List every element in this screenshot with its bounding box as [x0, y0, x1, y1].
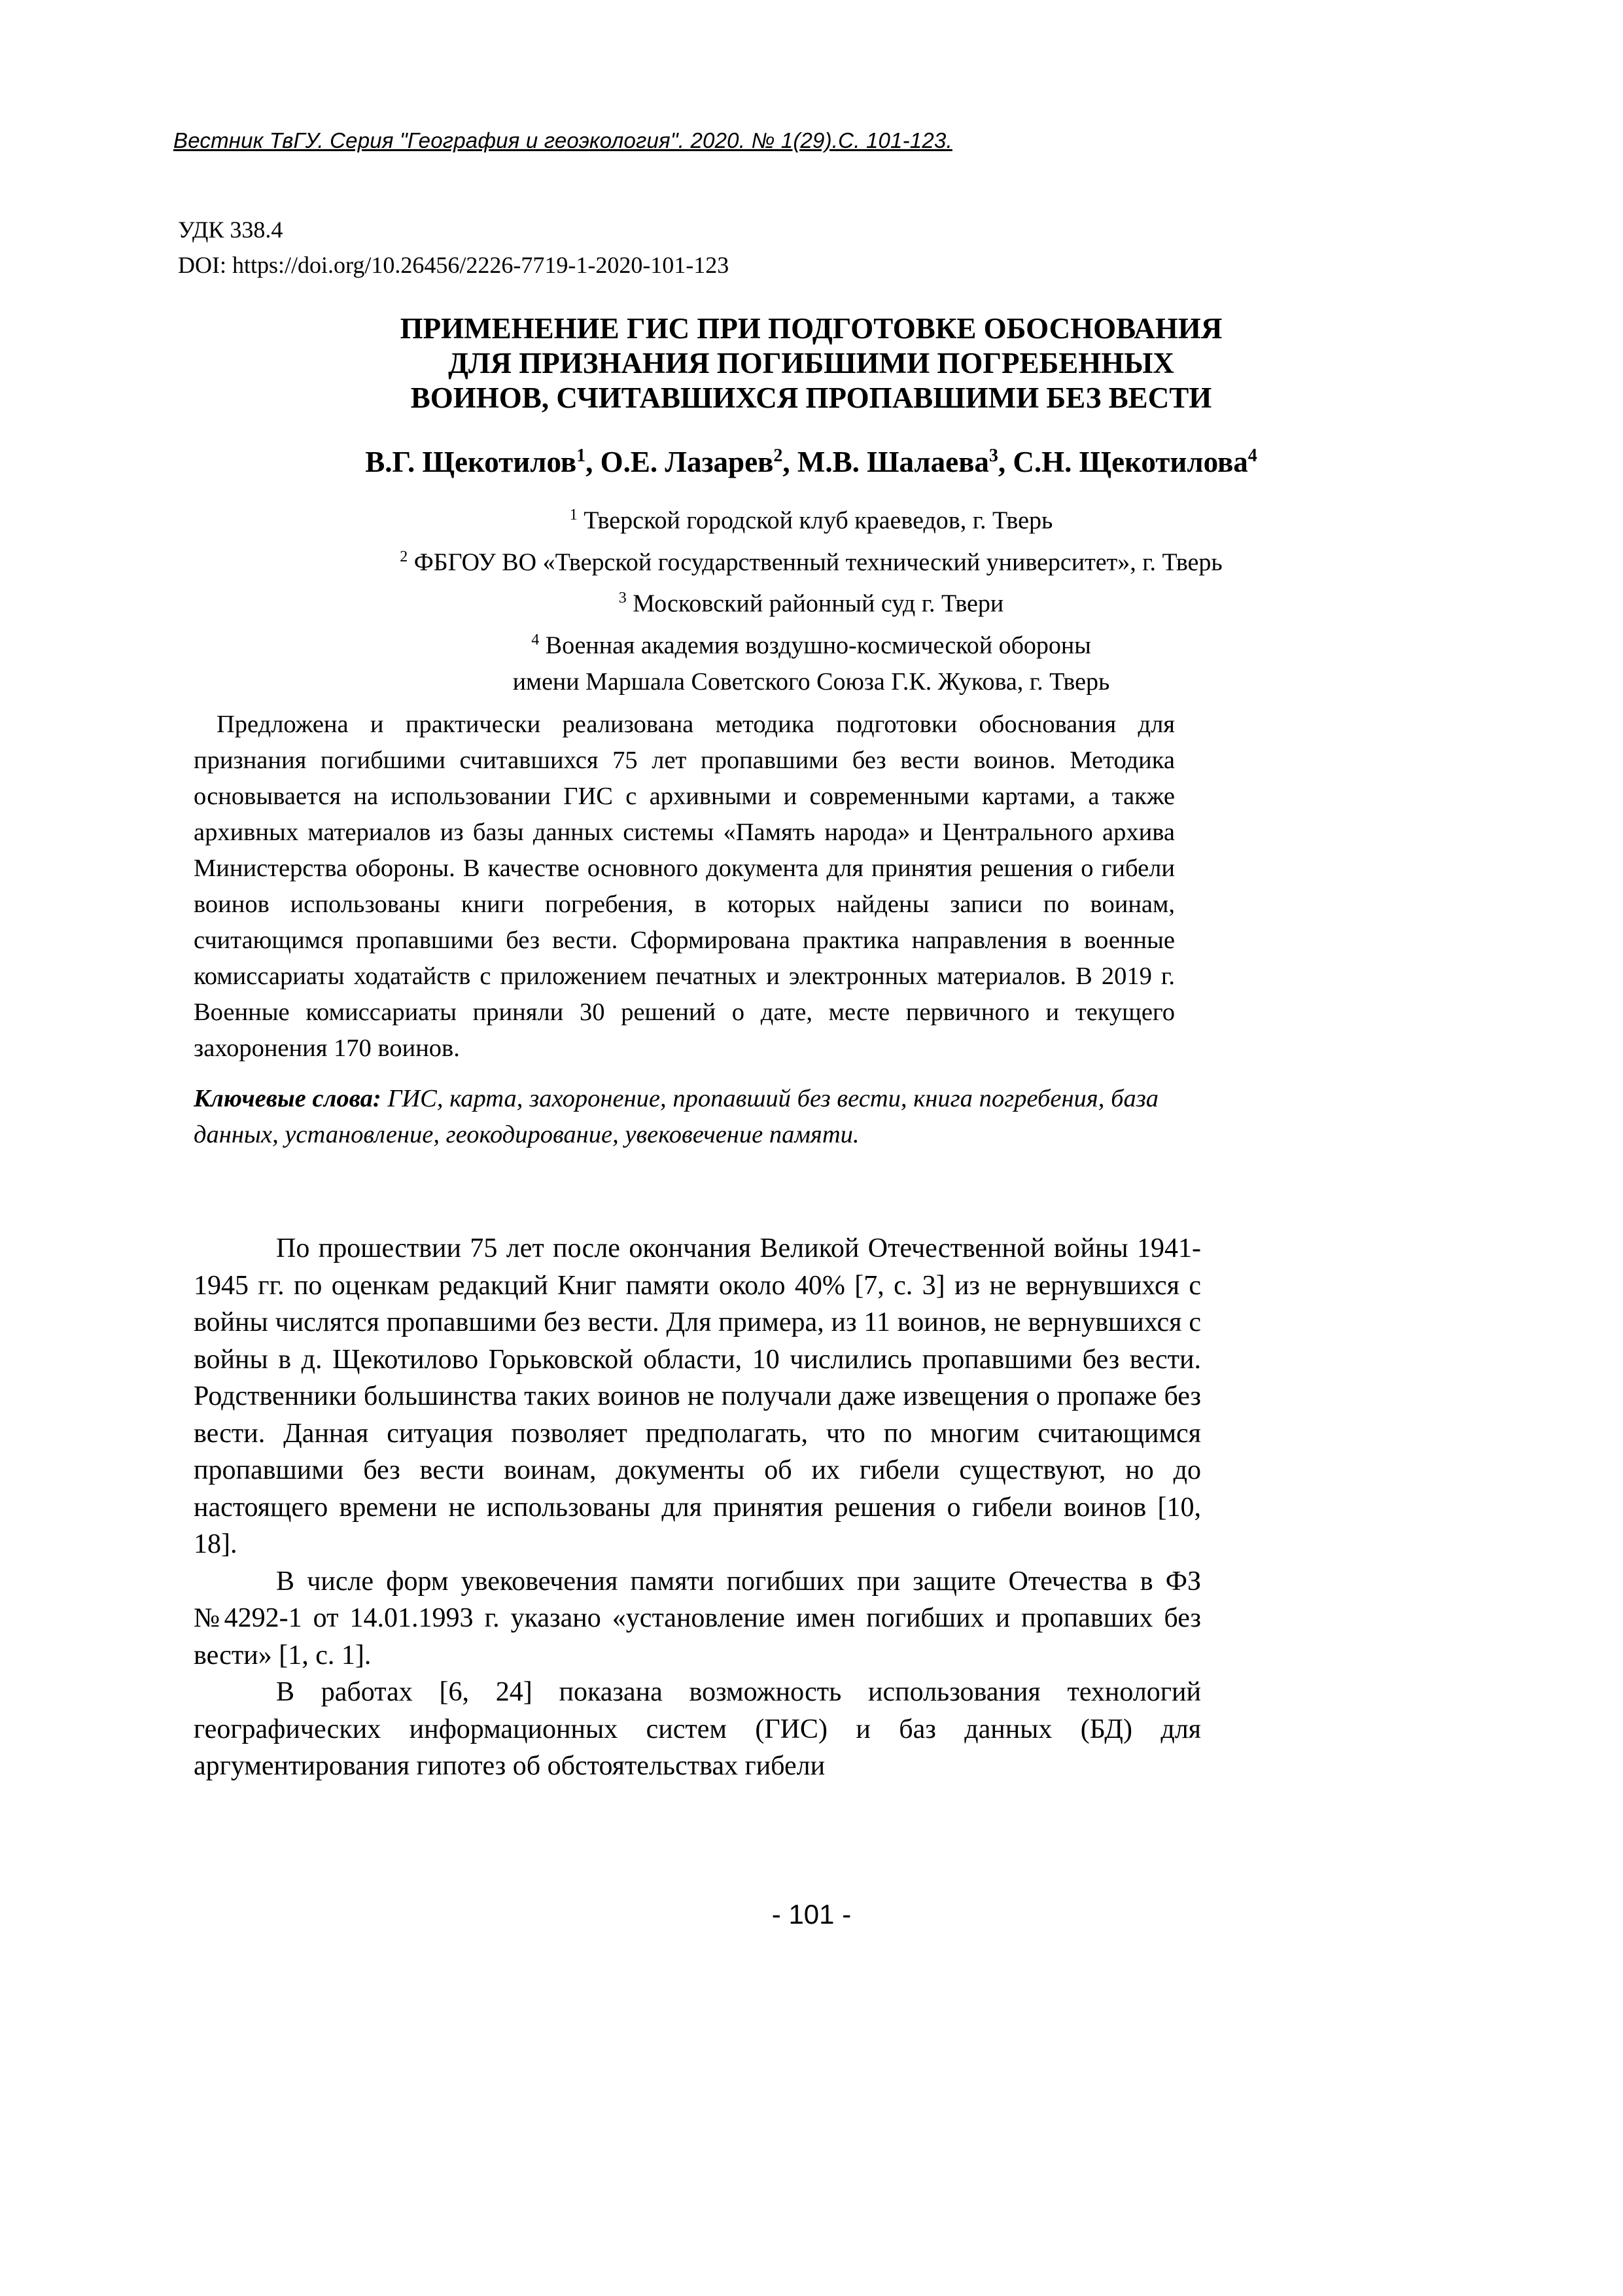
affiliation-text: Тверской городской клуб краеведов, г. Тв…	[584, 507, 1053, 535]
author-separator: ,	[998, 446, 1013, 478]
affiliations: 1 Тверской городской клуб краеведов, г. …	[196, 497, 1426, 700]
body-paragraph: В работах [6, 24] показана возможность и…	[194, 1674, 1201, 1785]
author-separator: ,	[585, 446, 601, 478]
body-paragraph: По прошествии 75 лет после окончания Вел…	[194, 1230, 1201, 1563]
affiliation-text: ФБГОУ ВО «Тверской государственный техни…	[414, 548, 1223, 576]
udk-code: УДК 338.4	[178, 216, 283, 243]
author-list: В.Г. Щекотилов1, О.Е. Лазарев2, М.В. Шал…	[196, 445, 1426, 479]
affiliation-number: 3	[619, 590, 627, 607]
doi-link[interactable]: DOI: https://doi.org/10.26456/2226-7719-…	[178, 251, 729, 279]
affiliation-line: имени Маршала Советского Союза Г.К. Жуко…	[196, 664, 1426, 700]
affiliation-line: 4 Военная академия воздушно-космической …	[196, 622, 1426, 664]
affiliation-line: 2 ФБГОУ ВО «Тверской государственный тех…	[196, 539, 1426, 581]
keywords: Ключевые слова: ГИС, карта, захоронение,…	[194, 1081, 1159, 1153]
author-separator: ,	[782, 446, 797, 478]
body-text: По прошествии 75 лет после окончания Вел…	[194, 1230, 1201, 1785]
author-name: О.Е. Лазарев	[601, 446, 774, 478]
article-title: ПРИМЕНЕНИЕ ГИС ПРИ ПОДГОТОВКЕ ОБОСНОВАНИ…	[196, 311, 1426, 415]
affiliation-line: 3 Московский районный суд г. Твери	[196, 580, 1426, 622]
affiliation-text: Московский районный суд г. Твери	[633, 590, 1003, 618]
affiliation-number: 4	[531, 631, 539, 648]
author-name: В.Г. Щекотилов	[365, 446, 576, 478]
author-affiliation-mark: 4	[1248, 446, 1257, 466]
affiliation-number: 2	[400, 548, 408, 565]
author-affiliation-mark: 1	[576, 446, 585, 466]
author-affiliation-mark: 2	[773, 446, 782, 466]
abstract: Предложена и практически реализована мет…	[194, 707, 1175, 1067]
affiliation-line: 1 Тверской городской клуб краеведов, г. …	[196, 497, 1426, 539]
author-name: М.В. Шалаева	[797, 446, 989, 478]
body-paragraph: В числе форм увековечения памяти погибши…	[194, 1563, 1201, 1674]
author-name: С.Н. Щекотилова	[1013, 446, 1248, 478]
page-number: - 101 -	[0, 1899, 1623, 1930]
keywords-label: Ключевые слова:	[194, 1085, 381, 1112]
affiliation-text: Военная академия воздушно-космической об…	[546, 632, 1091, 660]
title-line: ВОИНОВ, СЧИТАВШИХСЯ ПРОПАВШИМИ БЕЗ ВЕСТИ	[196, 381, 1426, 415]
title-line: ДЛЯ ПРИЗНАНИЯ ПОГИБШИМИ ПОГРЕБЕННЫХ	[196, 346, 1426, 381]
running-header: Вестник ТвГУ. Серия "География и геоэкол…	[173, 128, 1068, 153]
title-line: ПРИМЕНЕНИЕ ГИС ПРИ ПОДГОТОВКЕ ОБОСНОВАНИ…	[196, 311, 1426, 346]
affiliation-number: 1	[570, 506, 578, 523]
affiliation-text: имени Маршала Советского Союза Г.К. Жуко…	[513, 668, 1110, 696]
author-affiliation-mark: 3	[989, 446, 998, 466]
